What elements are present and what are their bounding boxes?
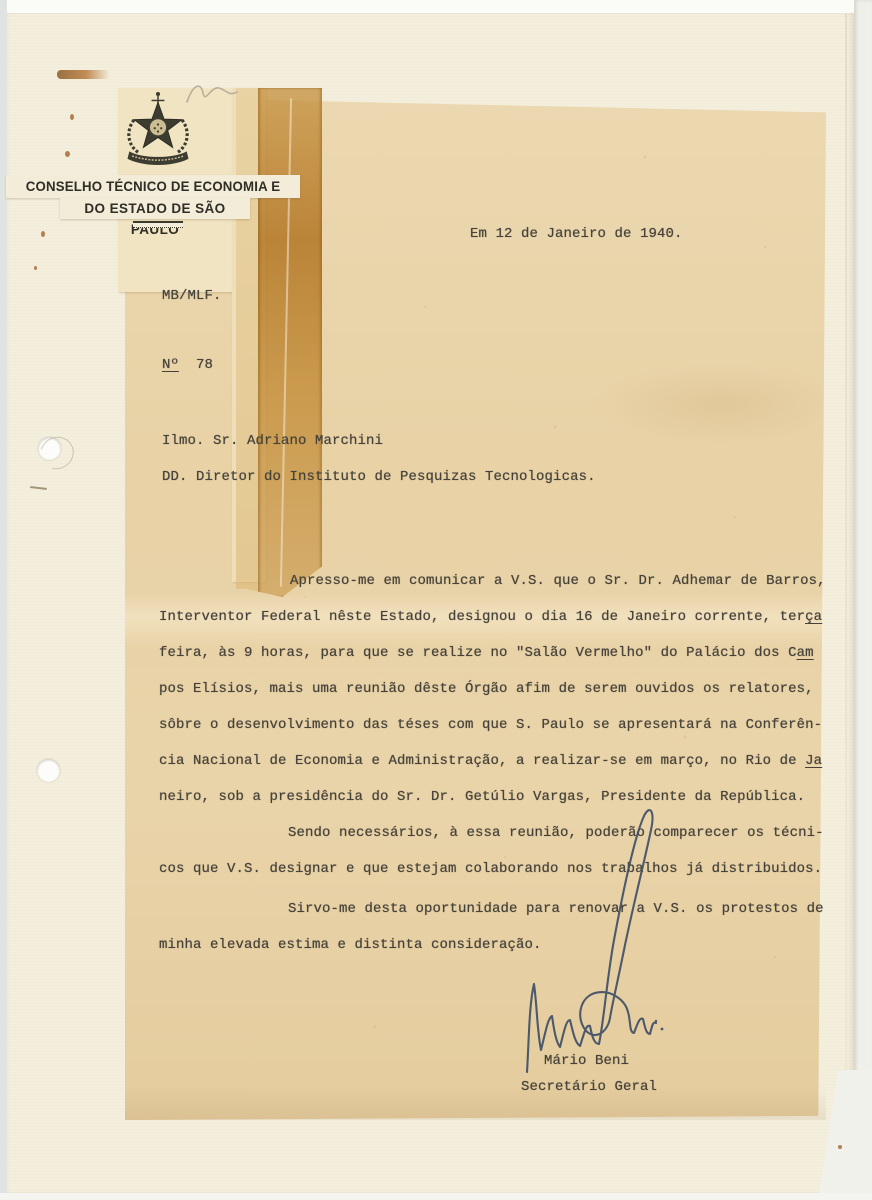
scanner-edge-bottom bbox=[0, 1193, 872, 1200]
body-line: sôbre o desenvolvimento das téses com qu… bbox=[159, 717, 822, 733]
rust-stain-dot bbox=[41, 231, 45, 237]
paper-bottom-shading bbox=[125, 1085, 826, 1120]
rust-stain-dot bbox=[65, 151, 70, 157]
rust-stain-streak bbox=[57, 70, 110, 79]
adhesive-tape-strip bbox=[236, 88, 322, 597]
letter-number: Nº 78 bbox=[162, 357, 213, 373]
pencil-scribble bbox=[184, 78, 240, 110]
org-name-line1: CONSELHO TÉCNICO DE ECONOMIA E FINANÇAS bbox=[6, 175, 300, 198]
signer-title: Secretário Geral bbox=[521, 1079, 657, 1095]
recipient-line2: DD. Diretor do Instituto de Pesquizas Te… bbox=[162, 469, 596, 485]
recipient-line1: Ilmo. Sr. Adriano Marchini bbox=[162, 433, 383, 449]
number-value: 78 bbox=[196, 357, 213, 373]
handwritten-signature bbox=[440, 795, 730, 1085]
org-name-line2: DO ESTADO DE SÃO PAULO bbox=[60, 198, 250, 219]
body-line: pos Elísios, mais uma reunião dêste Órgã… bbox=[159, 681, 814, 697]
signer-name: Mário Beni bbox=[544, 1053, 629, 1069]
date-line: Em 12 de Janeiro de 1940. bbox=[470, 226, 683, 242]
number-gap bbox=[179, 357, 196, 373]
scanned-letter-page: CONSELHO TÉCNICO DE ECONOMIA E FINANÇAS … bbox=[0, 0, 872, 1200]
number-label: Nº bbox=[162, 357, 179, 373]
backing-crease bbox=[845, 14, 847, 1192]
tape-light-edge bbox=[236, 88, 258, 597]
rust-stain-dot bbox=[838, 1145, 842, 1149]
body-line: Interventor Federal nêste Estado, design… bbox=[159, 609, 822, 625]
body-line: Apresso-me em comunicar a V.S. que o Sr.… bbox=[290, 573, 826, 589]
scanner-edge-top bbox=[0, 0, 872, 13]
letterhead-rule bbox=[133, 221, 183, 228]
rust-stain-dot bbox=[70, 114, 74, 120]
punch-hole-bottom bbox=[37, 759, 60, 782]
body-line: cia Nacional de Economia e Administração… bbox=[159, 753, 822, 769]
body-line: feira, às 9 horas, para que se realize n… bbox=[159, 645, 814, 661]
rust-stain-dot bbox=[34, 266, 37, 270]
scanner-edge-right bbox=[854, 0, 872, 1200]
reference-code: MB/MLF. bbox=[162, 288, 222, 304]
